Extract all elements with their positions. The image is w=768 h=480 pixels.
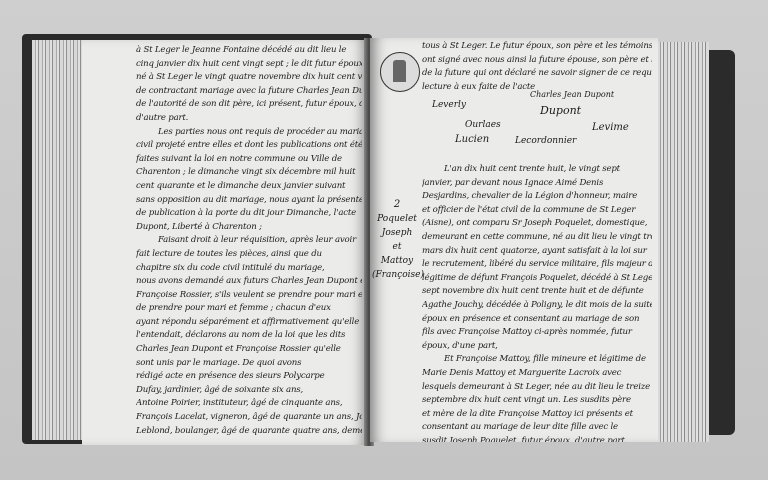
handwritten-line: légitime de défunt François Poquelet, dé… [422,272,652,286]
handwritten-line: lesquels demeurant à St Leger, née au di… [422,381,652,395]
handwritten-line: né à St Leger le vingt quatre novembre d… [136,71,362,85]
page-edges-right [657,42,709,442]
handwritten-line: ayant répondu séparément et affirmativem… [136,316,362,330]
handwritten-line: cinq janvier dix huit cent vingt sept ; … [136,58,362,72]
handwritten-line: Marie Denis Mattoy et Marguerite Lacroix… [422,367,652,381]
handwritten-line: sans opposition au dit mariage, nous aya… [136,194,362,208]
handwritten-line: François Lacelat, vigneron, âgé de quara… [136,411,362,425]
handwritten-line: tous à St Leger. Le futur époux, son pèr… [422,40,652,54]
handwritten-line: faites suivant la loi en notre commune o… [136,153,362,167]
handwritten-line: cent quarante et le dimanche deux janvie… [136,180,362,194]
handwritten-line: nous avons demandé aux futurs Charles Je… [136,275,362,289]
handwritten-line: Leblond, boulanger, âgé de quarante quat… [136,425,362,439]
handwritten-line: le recrutement, libéré du service milita… [422,258,652,272]
handwritten-line: fils avec Françoise Mattoy ci-après nomm… [422,326,652,340]
handwritten-line: époux, d'une part, [422,340,652,354]
page-edges-left [32,40,82,440]
handwritten-line: consentant au mariage de leur dite fille… [422,421,652,435]
handwritten-line: Faisant droit à leur réquisition, après … [136,234,362,248]
groom-given-name: Joseph [372,226,422,240]
handwritten-line: époux en présence et consentant au maria… [422,313,652,327]
handwritten-line: mars dix huit cent quatorze, ayant satis… [422,245,652,259]
handwritten-line: ont signé avec nous ainsi la future épou… [422,54,652,68]
right-page-top-text: tous à St Leger. Le futur époux, son pèr… [422,40,652,94]
left-page: à St Leger le Jeanne Fontaine décédé au … [82,40,368,445]
handwritten-line: de l'autorité de son dit père, ici prése… [136,98,362,112]
bride-surname: Mattoy [372,254,422,268]
handwritten-line: fait lecture de toutes les pièces, ainsi… [136,248,362,262]
handwritten-line: de la future qui ont déclaré ne savoir s… [422,67,652,81]
handwritten-line: demeurant en cette commune, né au dit li… [422,231,652,245]
signature-lower-center: Lecordonnier [515,136,576,146]
signature-center-top: Charles Jean Dupont [530,90,614,99]
handwritten-line: Et Françoise Mattoy, fille mineure et lé… [422,353,652,367]
handwritten-line: sont unis par le mariage. De quoi avons [136,357,362,371]
handwritten-line: chapitre six du code civil intitulé du m… [136,262,362,276]
handwritten-line: de prendre pour mari et femme ; chacun d… [136,302,362,316]
handwritten-line: Les parties nous ont requis de procéder … [136,126,362,140]
margin-entry-note: 2 Poquelet Joseph et Mattoy (Françoise) [372,198,422,282]
official-seal-stamp-icon [380,52,420,92]
handwritten-line: et mère de la dite Françoise Mattoy ici … [422,408,652,422]
handwritten-line: sept novembre dix huit cent trente huit … [422,285,652,299]
handwritten-line: Charles Jean Dupont et Françoise Rossier… [136,343,362,357]
handwritten-line: Agathe Jouchy, décédée à Poligny, le dit… [422,299,652,313]
handwritten-line: l'entendait, déclarons au nom de la loi … [136,329,362,343]
handwritten-line: (Aisne), ont comparu Sr Joseph Poquelet,… [422,217,652,231]
handwritten-line: civil projeté entre elles et dont les pu… [136,139,362,153]
handwritten-line: de publication à la porte du dit jour Di… [136,207,362,221]
signature-center-bottom: Dupont [540,104,581,117]
bride-given-name: (Françoise) [372,268,422,282]
handwritten-line: janvier, par devant nous Ignace Aimé Den… [422,177,652,191]
handwritten-line: Desjardins, chevalier de la Légion d'hon… [422,190,652,204]
handwritten-line: susdit Joseph Poquelet, futur époux, d'a… [422,435,652,442]
handwritten-line: d'autre part. [136,112,362,126]
handwritten-line: Antoine Poirier, instituteur, âgé de cin… [136,397,362,411]
connector: et [372,240,422,254]
signature-right-flourish: Levime [592,122,629,133]
right-page: tous à St Leger. Le futur époux, son pèr… [370,38,658,442]
left-page-text: à St Leger le Jeanne Fontaine décédé au … [136,44,362,438]
handwritten-line: Dupont, Liberté à Charenton ; [136,221,362,235]
handwritten-line: de contractant mariage avec la future Ch… [136,85,362,99]
entry-number: 2 [372,198,422,212]
handwritten-line: rédigé acte en présence des sieurs Polyc… [136,370,362,384]
handwritten-line: à St Leger le Jeanne Fontaine décédé au … [136,44,362,58]
signature-lower-left-top: Ourlaes [465,120,501,130]
signature-lower-left: Lucien [455,134,489,145]
handwritten-line: L'an dix huit cent trente huit, le vingt… [422,163,652,177]
handwritten-line: Françoise Rossier, s'ils veulent se pren… [136,289,362,303]
handwritten-line: Dufay, jardinier, âgé de soixante six an… [136,384,362,398]
handwritten-line: septembre dix huit cent vingt un. Les su… [422,394,652,408]
handwritten-line: Charenton ; le dimanche vingt six décemb… [136,166,362,180]
right-page-entry-text: L'an dix huit cent trente huit, le vingt… [422,163,652,442]
signature-left: Leverly [432,100,466,110]
groom-surname: Poquelet [372,212,422,226]
handwritten-line: et officier de l'état civil de la commun… [422,204,652,218]
